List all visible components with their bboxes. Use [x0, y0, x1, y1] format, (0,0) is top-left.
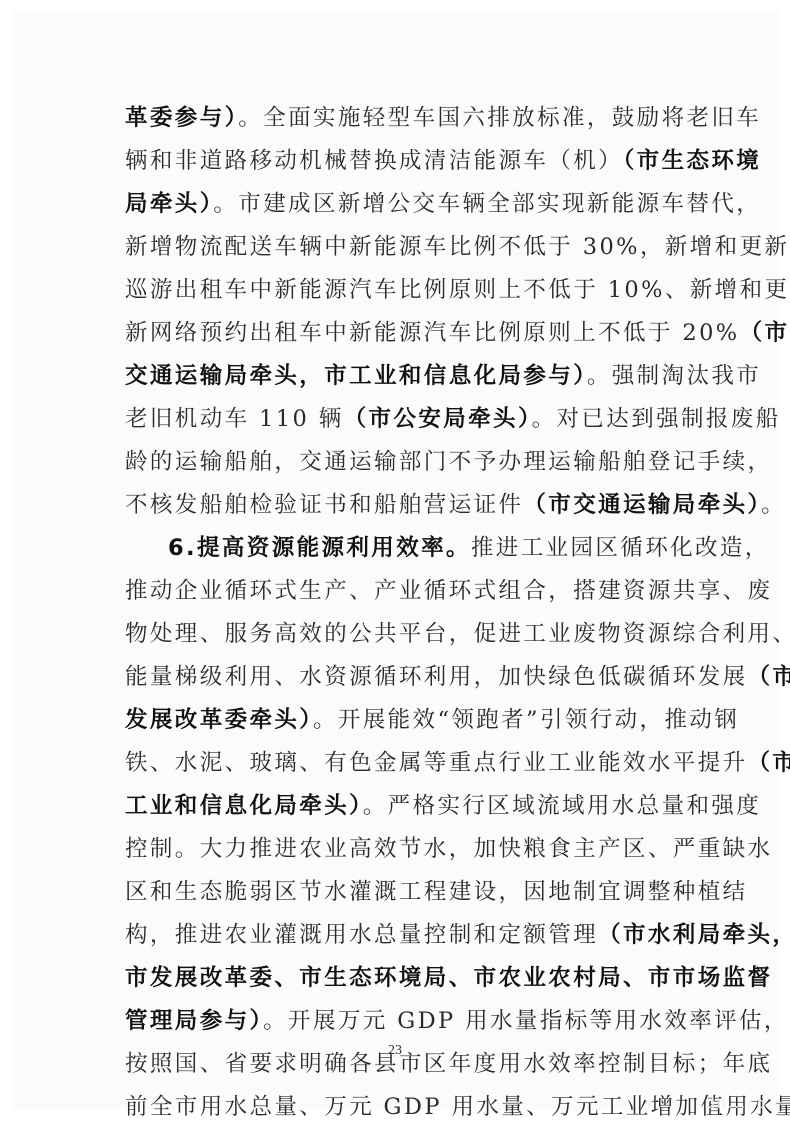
bold-text-segment: （市: [740, 320, 790, 346]
text-line: 新网络预约出租车中新能源汽车比例原则上不低于 20%（市: [125, 312, 675, 355]
text-segment: 。全面实施轻型车国六排放标准，鼓励将老旧车: [238, 105, 761, 131]
text-line: 发展改革委牵头）。开展能效“领跑者”引领行动，推动钢: [125, 699, 675, 742]
text-line: 区和生态脆弱区节水灌溉工程建设，因地制宜调整种植结: [125, 871, 675, 914]
text-line: 交通运输局牵头，市工业和信息化局参与）。强制淘汰我市: [125, 355, 675, 398]
text-segment: 推进工业园区循环化改造，: [471, 535, 770, 561]
text-segment: 新增物流配送车辆中新能源车比例不低于 30%，新增和更新: [125, 234, 789, 260]
text-line: 控制。大力推进农业高效节水，加快粮食主产区、严重缺水: [125, 828, 675, 871]
text-segment: 新网络预约出租车中新能源汽车比例原则上不低于 20%: [125, 320, 740, 346]
text-segment: 。: [761, 492, 786, 518]
text-line: 巡游出租车中新能源汽车比例原则上不低于 10%、新增和更: [125, 269, 675, 312]
text-segment: 不核发船舶检验证书和船舶营运证件: [125, 492, 523, 518]
bold-text-segment: 革委参与）: [125, 105, 238, 131]
text-line: 管理局参与）。开展万元 GDP 用水量指标等用水效率评估，: [125, 1000, 675, 1043]
text-line: 铁、水泥、玻璃、有色金属等重点行业工业能效水平提升（市: [125, 742, 675, 785]
text-segment: 老旧机动车 110 辆: [125, 406, 344, 432]
text-segment: 龄的运输船舶，交通运输部门不予办理运输船舶登记手续，: [125, 449, 772, 475]
text-segment: 控制。大力推进农业高效节水，加快粮食主产区、严重缺水: [125, 836, 772, 862]
text-line: 局牵头）。市建成区新增公交车辆全部实现新能源车替代，: [125, 183, 675, 226]
text-line: 工业和信息化局牵头）。严格实行区域流域用水总量和强度: [125, 785, 675, 828]
page-number: 23: [0, 1043, 790, 1059]
text-line: 推动企业循环式生产、产业循环式组合，搭建资源共享、废: [125, 570, 675, 613]
text-segment: 。开展能效“领跑者”引领行动，推动钢: [313, 707, 739, 733]
text-segment: 构，推进农业灌溉用水总量控制和定额管理: [125, 922, 598, 948]
bold-text-segment: （市水利局牵头，: [598, 922, 790, 948]
bold-text-segment: 管理局参与）: [125, 1008, 263, 1034]
bold-text-segment: 工业和信息化局牵头）: [125, 793, 363, 819]
text-segment: 。开展万元 GDP 用水量指标等用水效率评估，: [263, 1008, 789, 1034]
text-line: 老旧机动车 110 辆（市公安局牵头）。对已达到强制报废船: [125, 398, 675, 441]
text-segment: 辆和非道路移动机械替换成清洁能源车（机）: [125, 148, 623, 174]
bold-text-segment: 发展改革委牵头）: [125, 707, 313, 733]
text-line: 不核发船舶检验证书和船舶营运证件（市交通运输局牵头）。: [125, 484, 675, 527]
text-segment: 能量梯级利用、水资源循环利用，加快绿色低碳循环发展: [125, 664, 748, 690]
bold-text-segment: 交通运输局牵头，市工业和信息化局参与）: [125, 363, 587, 389]
bold-text-segment: （市生态环境: [623, 148, 761, 174]
text-line: 革委参与）。全面实施轻型车国六排放标准，鼓励将老旧车: [125, 97, 675, 140]
body-text: 革委参与）。全面实施轻型车国六排放标准，鼓励将老旧车辆和非道路移动机械替换成清洁…: [125, 97, 675, 1122]
text-segment: 推动企业循环式生产、产业循环式组合，搭建资源共享、废: [125, 578, 772, 604]
text-line: 物处理、服务高效的公共平台，促进工业废物资源综合利用、: [125, 613, 675, 656]
text-line: 市发展改革委、市生态环境局、市农业农村局、市市场监督: [125, 957, 675, 1000]
text-segment: 。严格实行区域流域用水总量和强度: [363, 793, 761, 819]
text-segment: 区和生态脆弱区节水灌溉工程建设，因地制宜调整种植结: [125, 879, 748, 905]
text-line: 龄的运输船舶，交通运输部门不予办理运输船舶登记手续，: [125, 441, 675, 484]
text-line: 新增物流配送车辆中新能源车比例不低于 30%，新增和更新: [125, 226, 675, 269]
text-segment: 铁、水泥、玻璃、有色金属等重点行业工业能效水平提升: [125, 750, 748, 776]
text-segment: 巡游出租车中新能源汽车比例原则上不低于 10%、新增和更: [125, 277, 789, 303]
text-line: 能量梯级利用、水资源循环利用，加快绿色低碳循环发展（市: [125, 656, 675, 699]
text-segment: 。对已达到强制报废船: [532, 406, 781, 432]
bold-text-segment: （市公安局牵头）: [344, 406, 532, 432]
text-line: 构，推进农业灌溉用水总量控制和定额管理（市水利局牵头，: [125, 914, 675, 957]
text-segment: 物处理、服务高效的公共平台，促进工业废物资源综合利用、: [125, 621, 790, 647]
watermark: dn...co: [706, 1096, 767, 1112]
paragraph-first-line: 6.提高资源能源利用效率。推进工业园区循环化改造，: [125, 527, 675, 570]
text-segment: 。市建成区新增公交车辆全部实现新能源车替代，: [213, 191, 761, 217]
bold-text-segment: （市: [748, 664, 790, 690]
bold-text-segment: 市发展改革委、市生态环境局、市农业农村局、市市场监督: [125, 965, 772, 991]
bold-text-segment: 6.提高资源能源利用效率。: [168, 535, 471, 561]
text-line: 前全市用水总量、万元 GDP 用水量、万元工业增加值用水量: [125, 1086, 675, 1122]
bold-text-segment: （市: [748, 750, 790, 776]
text-segment: 。强制淘汰我市: [587, 363, 761, 389]
bold-text-segment: （市交通运输局牵头）: [523, 492, 761, 518]
bold-text-segment: 局牵头）: [125, 191, 213, 217]
text-line: 辆和非道路移动机械替换成清洁能源车（机）（市生态环境: [125, 140, 675, 183]
text-segment: 前全市用水总量、万元 GDP 用水量、万元工业增加值用水量: [125, 1094, 790, 1120]
